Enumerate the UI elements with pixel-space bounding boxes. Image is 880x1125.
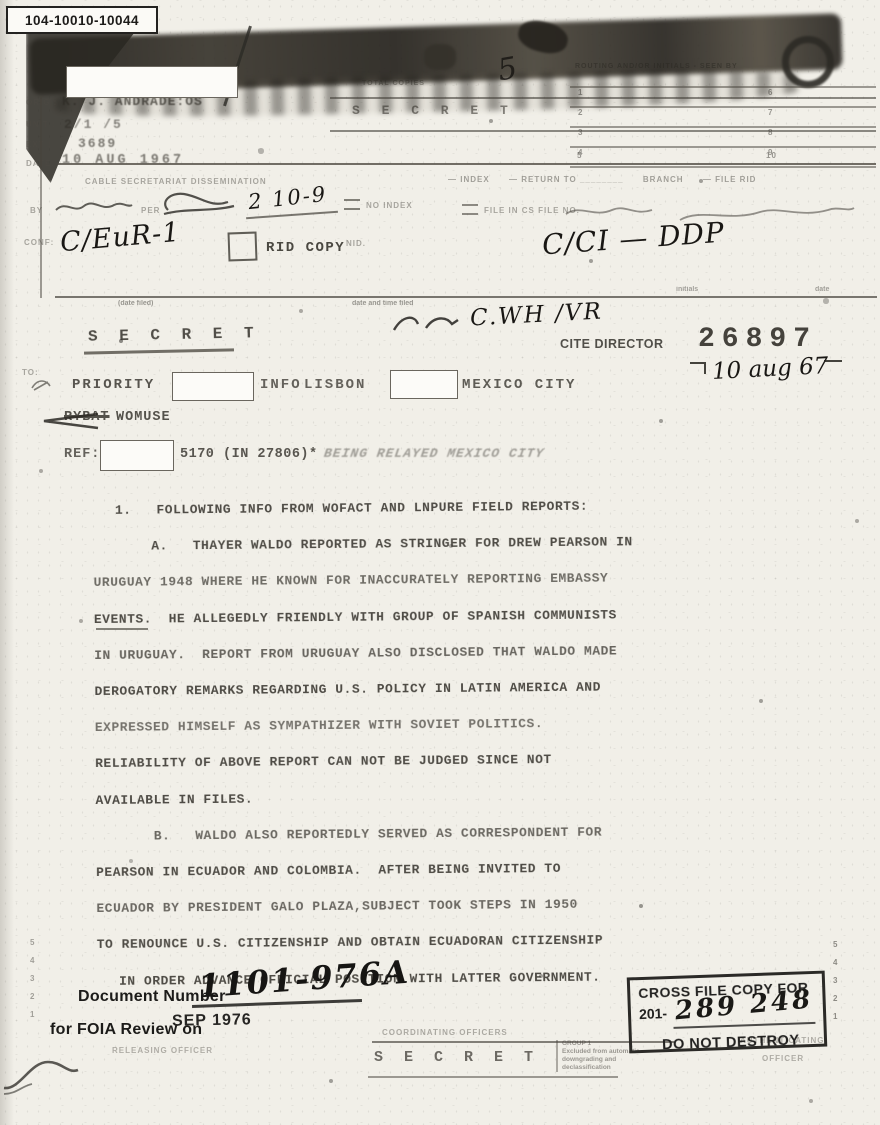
- cable-body: 1. FOLLOWING INFO FROM WOFACT AND LNPURE…: [93, 487, 787, 1000]
- bracket-mark-right: [824, 360, 842, 368]
- scan-blob-2: [424, 44, 456, 70]
- routing-row-number: 10: [766, 151, 777, 160]
- pen-mark: [28, 374, 54, 394]
- routing-row-number: 5: [577, 151, 582, 160]
- conf-handwritten: C/EuR-1: [59, 217, 182, 258]
- group-note-border: [556, 1040, 558, 1072]
- cite-director-label: CITE DIRECTOR: [560, 337, 664, 351]
- priority-label: PRIORITY: [72, 377, 155, 393]
- routing-row-number: 3: [578, 128, 583, 137]
- form-line-strong: [58, 163, 876, 165]
- margin-number-left: 1: [30, 1010, 35, 1019]
- routing-row-number: 2: [578, 108, 583, 117]
- index-row: — INDEX — RETURN TO ________ BRANCH — FI…: [448, 175, 756, 184]
- no-index-label: NO INDEX: [366, 201, 413, 210]
- routing-title: ROUTING AND/OR INITIALS - SEEN BY: [575, 63, 738, 70]
- stamp-prefix: 201-: [639, 1005, 668, 1022]
- per-number-handwritten: 2 10-9: [247, 182, 328, 214]
- classification-mid: S E C R E T: [88, 324, 260, 346]
- total-copies-label: TOTAL COPIES: [362, 80, 425, 87]
- body-line: A. THAYER WALDO REPORTED AS STRINGER FOR…: [93, 523, 783, 565]
- checkbox-dash: [344, 199, 360, 210]
- margin-number-left: 2: [30, 992, 35, 1001]
- form-line: [330, 97, 876, 99]
- checkbox-dash: [462, 204, 478, 215]
- routing-line: [570, 166, 876, 168]
- margin-number-left: 4: [30, 956, 35, 965]
- initials-caption: initials: [676, 286, 698, 293]
- releasing-officer-caption: RELEASING OFFICER: [112, 1046, 213, 1055]
- cross-file-stamp: CROSS FILE COPY FOR 201- 289 248 DO NOT …: [627, 971, 828, 1054]
- margin-number-left: 3: [30, 974, 35, 983]
- ref-label: REF:: [64, 447, 100, 462]
- cable-secretariat-label: CABLE SECRETARIAT DISSEMINATION: [85, 177, 267, 186]
- body-line: EXPRESSED HIMSELF AS SYMPATHIZER WITH SO…: [95, 704, 785, 746]
- redaction-box-priority: [172, 372, 254, 401]
- routing-row-number: 8: [768, 128, 773, 137]
- bracket-mark-left: [690, 362, 706, 374]
- routing-line: [570, 106, 876, 108]
- body-line: AVAILABLE IN FILES.: [95, 777, 785, 819]
- body-line: 1. FOLLOWING INFO FROM WOFACT AND LNPURE…: [93, 487, 783, 529]
- unit-value: 2/1 /5: [64, 117, 123, 132]
- margin-number: 3: [833, 976, 838, 985]
- date-value: 10 AUG 1967: [62, 153, 184, 168]
- margin-number: 1: [833, 1012, 838, 1021]
- group-note-line: declassification: [562, 1064, 672, 1072]
- date-filed-caption: (date filed): [118, 300, 153, 307]
- redaction-box-info: [390, 370, 458, 399]
- ext-value: 3689: [78, 136, 117, 151]
- redaction-box-header: [66, 66, 238, 98]
- lisbon-label: LISBON: [304, 377, 366, 393]
- scanned-cable-document: 104-10010-10044 ORIG : K. J. ANDRADE:OS …: [0, 0, 880, 1125]
- rid-copy-checkbox: [228, 232, 258, 262]
- body-line: DEROGATORY REMARKS REGARDING U.S. POLICY…: [94, 668, 784, 710]
- margin-number: 4: [833, 958, 838, 967]
- foia-review-label: for FOIA Review on: [50, 1021, 202, 1039]
- date-handwritten: 10 aug 67: [711, 353, 829, 385]
- form-line-strong: [55, 296, 877, 298]
- cite-number: 26897: [698, 324, 817, 355]
- mexico-city-label: MEXICO CITY: [462, 377, 576, 393]
- stamp-line3: DO NOT DESTROY: [662, 1032, 800, 1053]
- nid-label: NID.: [346, 239, 366, 248]
- routing-row-number: 6: [768, 88, 773, 97]
- authenticating-officer-caption-2: OFFICER: [762, 1054, 804, 1063]
- date-caption: date: [815, 286, 829, 293]
- form-line: [330, 130, 876, 132]
- handwriting-squiggle-2: [388, 306, 466, 340]
- left-edge-shading: [0, 0, 14, 1125]
- slug-rest: WOMUSE: [116, 410, 171, 425]
- rid-copy-label: RID COPY: [266, 240, 345, 256]
- pen-flourish: [2, 1050, 84, 1098]
- ref-note: BEING RELAYED MEXICO CITY: [323, 446, 545, 461]
- margin-number-left: 5: [30, 938, 35, 947]
- ref-number: 5170 (IN 27806)*: [180, 447, 318, 462]
- signature-squiggle-2: [158, 188, 240, 220]
- signature-squiggle: [52, 196, 136, 218]
- record-number: 104-10010-10044: [25, 13, 139, 28]
- group-note-line: downgrading and: [562, 1056, 672, 1064]
- redaction-box-ref: [100, 440, 174, 471]
- margin-number: 2: [833, 994, 838, 1003]
- body-line: ECUADOR BY PRESIDENT GALO PLAZA,SUBJECT …: [96, 885, 786, 927]
- underline-artifact: [96, 628, 148, 630]
- body-line: PEARSON IN ECUADOR AND COLOMBIA. AFTER B…: [96, 849, 786, 891]
- routing-line: [570, 126, 876, 128]
- orig-label: ORIG :: [26, 98, 57, 107]
- classification-underline: [84, 348, 234, 354]
- coordinating-officers-caption: COORDINATING OFFICERS: [382, 1028, 508, 1037]
- classification-bottom: S E C R E T: [374, 1049, 539, 1066]
- ext-label: EXT :: [26, 140, 51, 149]
- body-line: RELIABILITY OF ABOVE REPORT CAN NOT BE J…: [95, 740, 785, 782]
- record-number-box: 104-10010-10044: [6, 6, 158, 34]
- routing-line: [570, 146, 876, 148]
- routing-row-number: 7: [768, 108, 773, 117]
- body-line: IN URUGUAY. REPORT FROM URUGUAY ALSO DIS…: [94, 632, 784, 674]
- margin-number: 5: [833, 940, 838, 949]
- form-left-border: [40, 96, 42, 298]
- slug-struck: RYBAT: [64, 410, 110, 425]
- released-handwritten: C.WH /VR: [469, 299, 603, 332]
- by-label: BY: [30, 206, 43, 215]
- conf-label: CONF:: [24, 238, 54, 247]
- scan-blob-ring: [782, 36, 834, 88]
- body-line: EVENTS. HE ALLEGEDLY FRIENDLY WITH GROUP…: [94, 596, 784, 638]
- body-line: B. WALDO ALSO REPORTEDLY SERVED AS CORRE…: [96, 813, 786, 855]
- info-label: INFO: [260, 377, 302, 393]
- body-line: TO RENOUNCE U.S. CITIZENSHIP AND OBTAIN …: [97, 921, 787, 963]
- routing-row-number: 1: [578, 88, 583, 97]
- footer-line: [368, 1076, 618, 1078]
- classification-top: S E C R E T: [352, 103, 515, 118]
- routing-line: [570, 86, 876, 88]
- body-line: URUGUAY 1948 WHERE HE KNOWN FOR INACCURA…: [93, 559, 783, 601]
